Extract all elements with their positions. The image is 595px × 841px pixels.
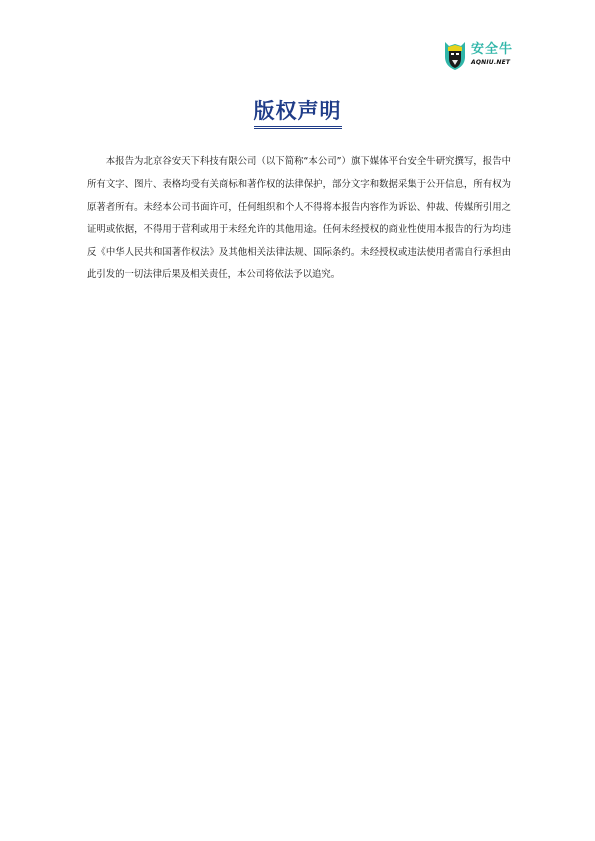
- page-title: 版权声明: [0, 98, 595, 129]
- title-text: 版权声明: [254, 98, 342, 129]
- warrior-shield-icon: [443, 39, 467, 71]
- copyright-paragraph: 本报告为北京谷安天下科技有限公司（以下简称“本公司”）旗下媒体平台安全牛研究撰写…: [87, 151, 511, 287]
- logo-name-cn: 安全牛: [471, 43, 513, 57]
- logo-name-en: AQNIU.NET: [471, 59, 513, 67]
- aqniu-logo: 安全牛 AQNIU.NET: [443, 39, 513, 71]
